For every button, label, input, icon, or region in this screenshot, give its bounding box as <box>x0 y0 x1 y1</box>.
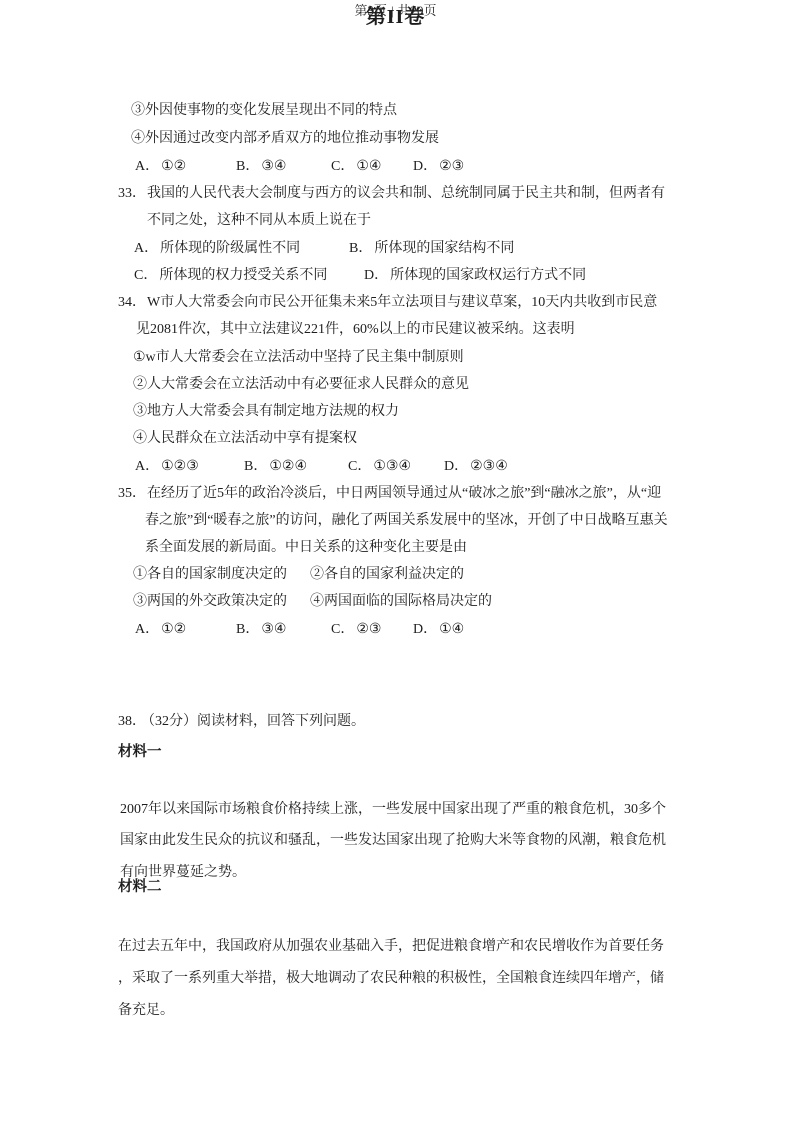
current-page-label: 第3页 <box>354 3 387 18</box>
question-35-line-2: 春之旅”到“暖春之旅”的访问，融化了两国关系发展中的坚冰，开创了中日战略互惠关 <box>145 511 668 531</box>
statement-item: ④两国面临的国际格局决定的 <box>310 592 492 612</box>
choice-value: ①② <box>161 159 186 174</box>
choice-label: C． <box>348 459 371 474</box>
question-number: 34． <box>118 293 147 313</box>
question-text-line: W市人大常委会向市民公开征集未来5年立法项目与建议草案，10天内共收到市民意 <box>147 295 657 310</box>
choice-label: B． <box>349 241 372 256</box>
choice-value: ①④ <box>439 622 464 637</box>
statement-item: ③外因使事物的变化发展呈现出不同的特点 <box>131 101 397 121</box>
question-33-line-2: 不同之处，这种不同从本质上说在于 <box>147 211 371 231</box>
choice-option: D．①④ <box>413 620 464 640</box>
material-paragraph-line: 国家由此发生民众的抗议和骚乱，一些发达国家出现了抢购大米等食物的风潮，粮食危机 <box>120 830 666 852</box>
choice-value: ①②③ <box>161 459 199 474</box>
question-text-line: 在经历了近5年的政治冷淡后，中日两国领导通过从“破冰之旅”到“融冰之旅”，从“迎 <box>147 486 661 501</box>
choice-label: D． <box>444 459 468 474</box>
statement-item: ③地方人大常委会具有制定地方法规的权力 <box>133 402 399 422</box>
choice-value: ②③ <box>356 622 381 637</box>
question-35-line-3: 系全面发展的新局面。中日关系的这种变化主要是由 <box>145 538 467 558</box>
question-text-line: （32分）阅读材料，回答下列问题。 <box>141 714 365 729</box>
choice-option: C．①③④ <box>348 457 411 477</box>
choice-option: D．②③④ <box>444 457 508 477</box>
choice-value: ③④ <box>261 159 286 174</box>
choice-value: 所体现的国家政权运行方式不同 <box>390 268 586 283</box>
choice-label: A． <box>135 159 159 174</box>
choice-option: B．③④ <box>236 620 286 640</box>
statement-item: ③两国的外交政策决定的 <box>133 592 287 612</box>
choice-value: 所体现的阶级属性不同 <box>160 241 300 256</box>
choice-option: A．①② <box>135 157 186 177</box>
choice-label: D． <box>413 159 437 174</box>
statement-item: ④外因通过改变内部矛盾双方的地位推动事物发展 <box>131 129 439 149</box>
statement-item: ①w市人大常委会在立法活动中坚持了民主集中制原则 <box>133 348 464 368</box>
choice-value: ①④ <box>356 159 381 174</box>
choice-label: A． <box>135 622 159 637</box>
choice-label: D． <box>364 268 388 283</box>
question-number: 38． <box>118 712 141 732</box>
choice-value: ③④ <box>261 622 286 637</box>
choice-value: 所体现的权力授受关系不同 <box>159 268 327 283</box>
exam-page: ③外因使事物的变化发展呈现出不同的特点 ④外因通过改变内部矛盾双方的地位推动事物… <box>0 0 791 1122</box>
choice-value: ②③ <box>439 159 464 174</box>
choice-label: D． <box>413 622 437 637</box>
total-pages-label: 共20页 <box>398 3 437 18</box>
page-footer: 第3页|共20页 <box>0 0 791 19</box>
choice-option: B．所体现的国家结构不同 <box>349 239 514 259</box>
statement-item: ④人民群众在立法活动中享有提案权 <box>133 429 357 449</box>
question-38-heading: 38．（32分）阅读材料，回答下列问题。 <box>118 712 365 732</box>
question-number: 33． <box>118 184 147 204</box>
footer-separator: | <box>391 3 394 18</box>
material-2-heading: 材料二 <box>118 875 162 896</box>
choice-label: B． <box>236 159 259 174</box>
choice-option: B．①②④ <box>244 457 307 477</box>
material-paragraph-line: 备充足。 <box>118 1000 174 1022</box>
statement-item: ②各自的国家利益决定的 <box>310 565 464 585</box>
choice-option: C．①④ <box>331 157 381 177</box>
statement-item: ①各自的国家制度决定的 <box>133 565 287 585</box>
material-paragraph-line: 2007年以来国际市场粮食价格持续上涨，一些发展中国家出现了严重的粮食危机，30… <box>120 799 666 821</box>
statement-item: ②人大常委会在立法活动中有必要征求人民群众的意见 <box>133 375 469 395</box>
choice-label: B． <box>236 622 259 637</box>
choice-option: C．所体现的权力授受关系不同 <box>134 266 327 286</box>
choice-label: A． <box>134 241 158 256</box>
question-number: 35． <box>118 484 147 504</box>
material-paragraph-line: 在过去五年中，我国政府从加强农业基础入手，把促进粮食增产和农民增收作为首要任务 <box>118 936 664 958</box>
choice-label: C． <box>331 159 354 174</box>
choice-value: ②③④ <box>470 459 508 474</box>
choice-value: 所体现的国家结构不同 <box>374 241 514 256</box>
question-text-line: 我国的人民代表大会制度与西方的议会共和制、总统制同属于民主共和制，但两者有 <box>147 186 665 201</box>
choice-option: B．③④ <box>236 157 286 177</box>
choice-label: A． <box>135 459 159 474</box>
question-34-line-2: 见2081件次，其中立法建议221件，60%以上的市民建议被采纳。这表明 <box>136 320 575 340</box>
choice-label: B． <box>244 459 267 474</box>
material-paragraph-line: ，采取了一系列重大举措，极大地调动了农民种粮的积极性，全国粮食连续四年增产，储 <box>118 968 664 990</box>
choice-option: C．②③ <box>331 620 381 640</box>
choice-label: C． <box>134 268 157 283</box>
choice-value: ①③④ <box>373 459 411 474</box>
question-33-line-1: 33．我国的人民代表大会制度与西方的议会共和制、总统制同属于民主共和制，但两者有 <box>118 184 665 204</box>
choice-label: C． <box>331 622 354 637</box>
choice-option: A．①② <box>135 620 186 640</box>
question-35-line-1: 35．在经历了近5年的政治冷淡后，中日两国领导通过从“破冰之旅”到“融冰之旅”，… <box>118 484 661 504</box>
choice-option: D．②③ <box>413 157 464 177</box>
choice-option: A．①②③ <box>135 457 199 477</box>
choice-value: ①②④ <box>269 459 307 474</box>
question-34-line-1: 34．W市人大常委会向市民公开征集未来5年立法项目与建议草案，10天内共收到市民… <box>118 293 657 313</box>
choice-option: A．所体现的阶级属性不同 <box>134 239 300 259</box>
choice-value: ①② <box>161 622 186 637</box>
choice-option: D．所体现的国家政权运行方式不同 <box>364 266 586 286</box>
material-1-heading: 材料一 <box>118 740 162 761</box>
